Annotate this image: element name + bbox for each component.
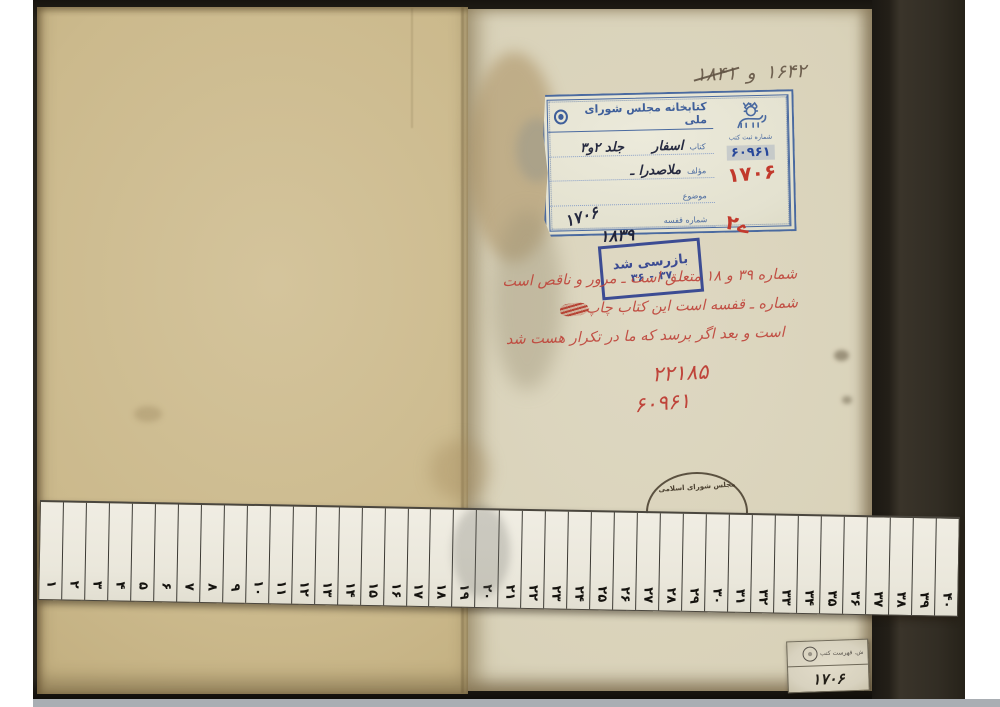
bookplate-registration-panel: شماره ثبت کتب ۶۰۹۶۱ ۱۷۰۶	[713, 95, 791, 227]
ruler-cell: ۱۷	[406, 509, 431, 606]
registration-number-red: ۱۷۰۶	[726, 159, 777, 187]
ruler-cell: ۲۵	[589, 512, 614, 609]
ruler-number: ۱۸	[436, 583, 446, 599]
ruler-cell: ۳۸	[888, 518, 913, 615]
field-label: مؤلف	[687, 166, 706, 177]
scan-bottom-strip	[33, 699, 1000, 707]
ruler-number: ۸	[206, 583, 216, 591]
registration-number-blue: ۶۰۹۶۱	[727, 145, 775, 161]
pencil-number: ۱۶۴۲	[765, 60, 807, 83]
ruler-number: ۱۱	[275, 580, 285, 596]
ruler-cell: ۲۹	[681, 514, 706, 611]
ruler-cell: ۲۷	[635, 513, 660, 610]
red-number-1: ۲۲۱۸۵	[651, 360, 709, 387]
ruler-cell: ۲۸	[658, 513, 683, 610]
ruler-number: ۹	[229, 584, 239, 592]
ruler-number: ۳۸	[895, 592, 905, 608]
ruler-cell: ۲	[61, 502, 86, 599]
ruler-number: ۳	[91, 581, 101, 589]
ruler-number: ۳۲	[757, 589, 767, 605]
ruler-cell: ۶	[153, 504, 178, 601]
ruler-number: ۲۷	[642, 587, 652, 603]
pencil-struck-number: ۱۸۴۱	[695, 63, 737, 86]
ruler-number: ۱۴	[344, 582, 354, 598]
corner-label-text: ش. فهرست کتب	[820, 648, 864, 657]
measuring-ruler: ۱۲۳۴۵۶۷۸۹۱۰۱۱۱۲۱۳۱۴۱۵۱۶۱۷۱۸۱۹۲۰۲۱۲۲۲۳۲۴۲…	[38, 500, 960, 617]
rosette-icon	[554, 109, 568, 124]
ruler-number: ۴	[114, 581, 124, 589]
ruler-number: ۳۰	[711, 588, 721, 604]
ruler-cell: ۱۴	[337, 507, 362, 604]
ruler-cell: ۳۶	[842, 517, 867, 614]
ruler-number: ۱۷	[413, 583, 423, 599]
pencil-conjunction: و	[746, 62, 756, 84]
ruler-cell: ۹	[222, 505, 247, 602]
ruler-cell: ۳۲	[750, 515, 775, 612]
ruler-number: ۲۲	[528, 585, 538, 601]
ruler-cell: ۲۳	[543, 511, 568, 608]
field-label: شماره قفسه	[664, 215, 708, 227]
ruler-number: ۳۳	[780, 590, 790, 606]
ruler-number: ۴۰	[941, 593, 951, 609]
bookplate-title: کتابخانه مجلس شورای ملی	[573, 100, 707, 129]
ruler-number: ۱۹	[459, 584, 469, 600]
ruler-number: ۲۵	[596, 586, 606, 602]
page-crease	[411, 8, 413, 128]
ruler-cell: ۱۸	[429, 509, 454, 606]
ruler-cell: ۳۵	[819, 516, 844, 613]
ruler-number: ۲۰	[482, 584, 492, 600]
scanned-book-page: ۱۸۴۱ و ۱۶۴۲ کتابخانه مجلس شورای ملی کتاب…	[0, 0, 1000, 707]
ruler-cell: ۲۴	[566, 512, 591, 609]
ruler-cell: ۱۳	[314, 507, 339, 604]
ruler-number: ۱۵	[367, 582, 377, 598]
mini-stamp-icon	[802, 646, 818, 662]
ruler-number: ۲	[68, 581, 78, 589]
ruler-number: ۱۲	[298, 581, 308, 597]
registration-label: شماره ثبت کتب	[729, 133, 773, 142]
lion-and-sun-emblem	[730, 98, 771, 133]
ruler-number: ۳۱	[734, 589, 744, 605]
ruler-cell: ۳۹	[911, 518, 936, 615]
ruler-cell: ۸	[199, 505, 224, 602]
bookplate-field-row: مؤلفملاصدرا ـ	[549, 153, 715, 181]
ruler-number: ۱۳	[321, 581, 331, 597]
field-extra-handwritten: جلد ۲و۳	[580, 140, 624, 156]
field-value-handwritten: اسفار	[652, 138, 684, 154]
ruler-number: ۲۶	[619, 587, 629, 603]
ruler-cell: ۱۶	[383, 508, 408, 605]
field-label: کتاب	[689, 142, 705, 153]
ruler-number: ۱۰	[252, 580, 262, 596]
ruler-cell: ۷	[176, 505, 201, 602]
ruler-cell: ۳۳	[773, 515, 798, 612]
ruler-cell: ۲۶	[612, 513, 637, 610]
ruler-number: ۲۱	[505, 585, 515, 601]
bookplate-fields-section: کتابخانه مجلس شورای ملی کتاباسفارجلد ۲و۳…	[548, 97, 716, 231]
ruler-cell: ۱	[39, 502, 63, 599]
ruler-cell: ۳۴	[796, 516, 821, 613]
ruler-cell: ۱۹	[452, 510, 477, 607]
ruler-number: ۳۵	[826, 590, 836, 606]
field-label: موضوع	[683, 191, 707, 203]
ruler-number: ۵	[137, 582, 147, 590]
red-plate-mark: ے۲	[724, 210, 752, 238]
red-number-2: ۶۰۹۶۱	[633, 389, 691, 418]
ruler-cell: ۲۲	[520, 511, 545, 608]
ruler-cell: ۱۰	[245, 506, 270, 603]
ruler-cell: ۳۰	[704, 514, 729, 611]
library-bookplate: کتابخانه مجلس شورای ملی کتاباسفارجلد ۲و۳…	[541, 89, 796, 237]
ruler-number: ۳۹	[918, 592, 928, 608]
ruler-cell: ۱۱	[268, 506, 293, 603]
ruler-number: ۱	[45, 580, 55, 588]
ruler-number: ۷	[183, 583, 193, 591]
field-value-handwritten: ملاصدرا ـ	[630, 163, 681, 179]
ruler-number: ۲۴	[573, 586, 583, 602]
bookplate-field-row: کتاباسفارجلد ۲و۳	[548, 129, 714, 157]
ruler-cell: ۳۷	[865, 517, 890, 614]
bookplate-header: کتابخانه مجلس شورای ملی	[548, 97, 714, 133]
ruler-cell: ۲۰	[475, 510, 500, 607]
ruler-cell: ۳	[84, 503, 109, 600]
ruler-number: ۳۴	[803, 590, 813, 606]
bookplate-inner-frame: کتابخانه مجلس شورای ملی کتاباسفارجلد ۲و۳…	[547, 94, 792, 231]
ruler-cell: ۱۵	[360, 508, 385, 605]
ruler-number: ۲۳	[551, 585, 561, 601]
ruler-cell: ۴۰	[934, 518, 959, 615]
ruler-number: ۲۸	[665, 588, 675, 604]
ruler-number: ۱۶	[390, 582, 400, 598]
corner-catalog-label: ش. فهرست کتب ۱۷۰۶	[786, 639, 870, 694]
ruler-cell: ۳۱	[727, 515, 752, 612]
ruler-cell: ۵	[130, 504, 155, 601]
ruler-number: ۳۶	[849, 591, 859, 607]
ruler-cell: ۴	[107, 503, 132, 600]
ruler-cell: ۲۱	[497, 510, 522, 607]
ruler-number: ۳۷	[872, 591, 882, 607]
ruler-number: ۲۹	[688, 588, 698, 604]
ruler-cell: ۱۲	[291, 507, 316, 604]
corner-label-top-row: ش. فهرست کتب	[787, 640, 868, 668]
bookplate-field-row: موضوع	[549, 178, 715, 206]
corner-label-number: ۱۷۰۶	[788, 665, 869, 692]
ruler-number: ۶	[160, 582, 170, 590]
